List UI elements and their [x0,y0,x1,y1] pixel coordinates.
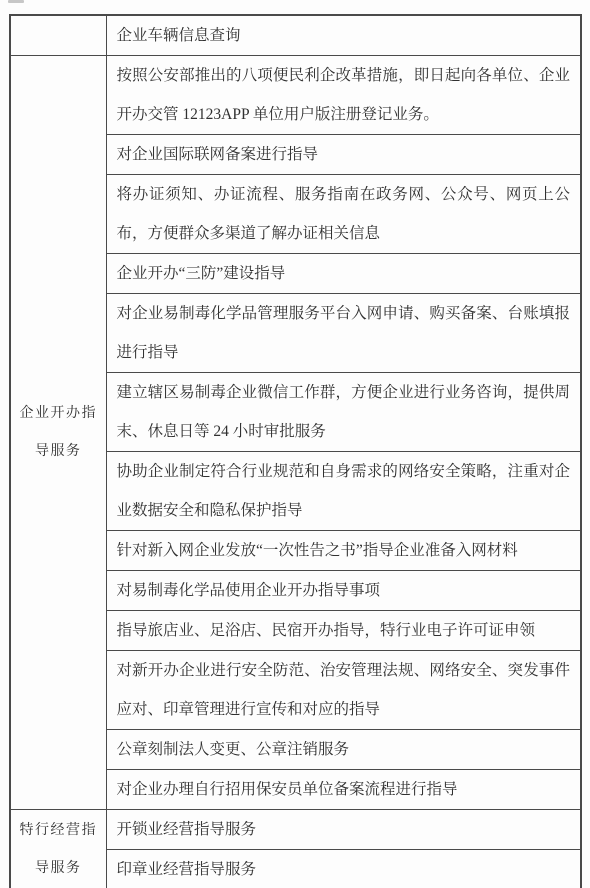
service-text: 企业开办“三防”建设指导 [106,254,581,294]
service-text: 对企业办理自行招用保安员单位备案流程进行指导 [106,770,581,810]
service-text: 将办证须知、办证流程、服务指南在政务网、公众号、网页上公布，方便群众多渠道了解办… [106,175,581,254]
section-label-cell: 特行经营指导服务 [10,810,106,888]
service-row: 企业车辆信息查询 [10,15,581,56]
service-text: 指导旅店业、足浴店、民宿开办指导，特行业电子许可证申领 [106,611,581,651]
service-row: 企业开办指导服务按照公安部推出的八项便民利企改革措施，即日起向各单位、企业开办交… [10,56,581,135]
section-label-cell [10,15,106,56]
service-text: 印章业经营指导服务 [106,850,581,888]
service-text: 企业车辆信息查询 [106,15,581,56]
services-table: 企业车辆信息查询企业开办指导服务按照公安部推出的八项便民利企改革措施，即日起向各… [9,14,582,888]
service-text: 对易制毒化学品使用企业开办指导事项 [106,571,581,611]
service-text: 建立辖区易制毒企业微信工作群，方便企业进行业务咨询，提供周末、休息日等 24 小… [106,373,581,452]
service-text: 按照公安部推出的八项便民利企改革措施，即日起向各单位、企业开办交管 12123A… [106,56,581,135]
service-text: 公章刻制法人变更、公章注销服务 [106,730,581,770]
service-text: 协助企业制定符合行业规范和自身需求的网络安全策略，注重对企业数据安全和隐私保护指… [106,452,581,531]
service-text: 对企业易制毒化学品管理服务平台入网申请、购买备案、台账填报进行指导 [106,294,581,373]
service-row: 特行经营指导服务开锁业经营指导服务 [10,810,581,850]
document-page: 企业车辆信息查询企业开办指导服务按照公安部推出的八项便民利企改革措施，即日起向各… [0,0,590,888]
service-text: 对企业国际联网备案进行指导 [106,135,581,175]
services-table-body: 企业车辆信息查询企业开办指导服务按照公安部推出的八项便民利企改革措施，即日起向各… [10,15,581,888]
service-text: 针对新入网企业发放“一次性告之书”指导企业准备入网材料 [106,531,581,571]
scan-artifact [8,0,24,3]
service-text: 开锁业经营指导服务 [106,810,581,850]
section-label-cell: 企业开办指导服务 [10,56,106,810]
service-text: 对新开办企业进行安全防范、治安管理法规、网络安全、突发事件应对、印章管理进行宣传… [106,651,581,730]
